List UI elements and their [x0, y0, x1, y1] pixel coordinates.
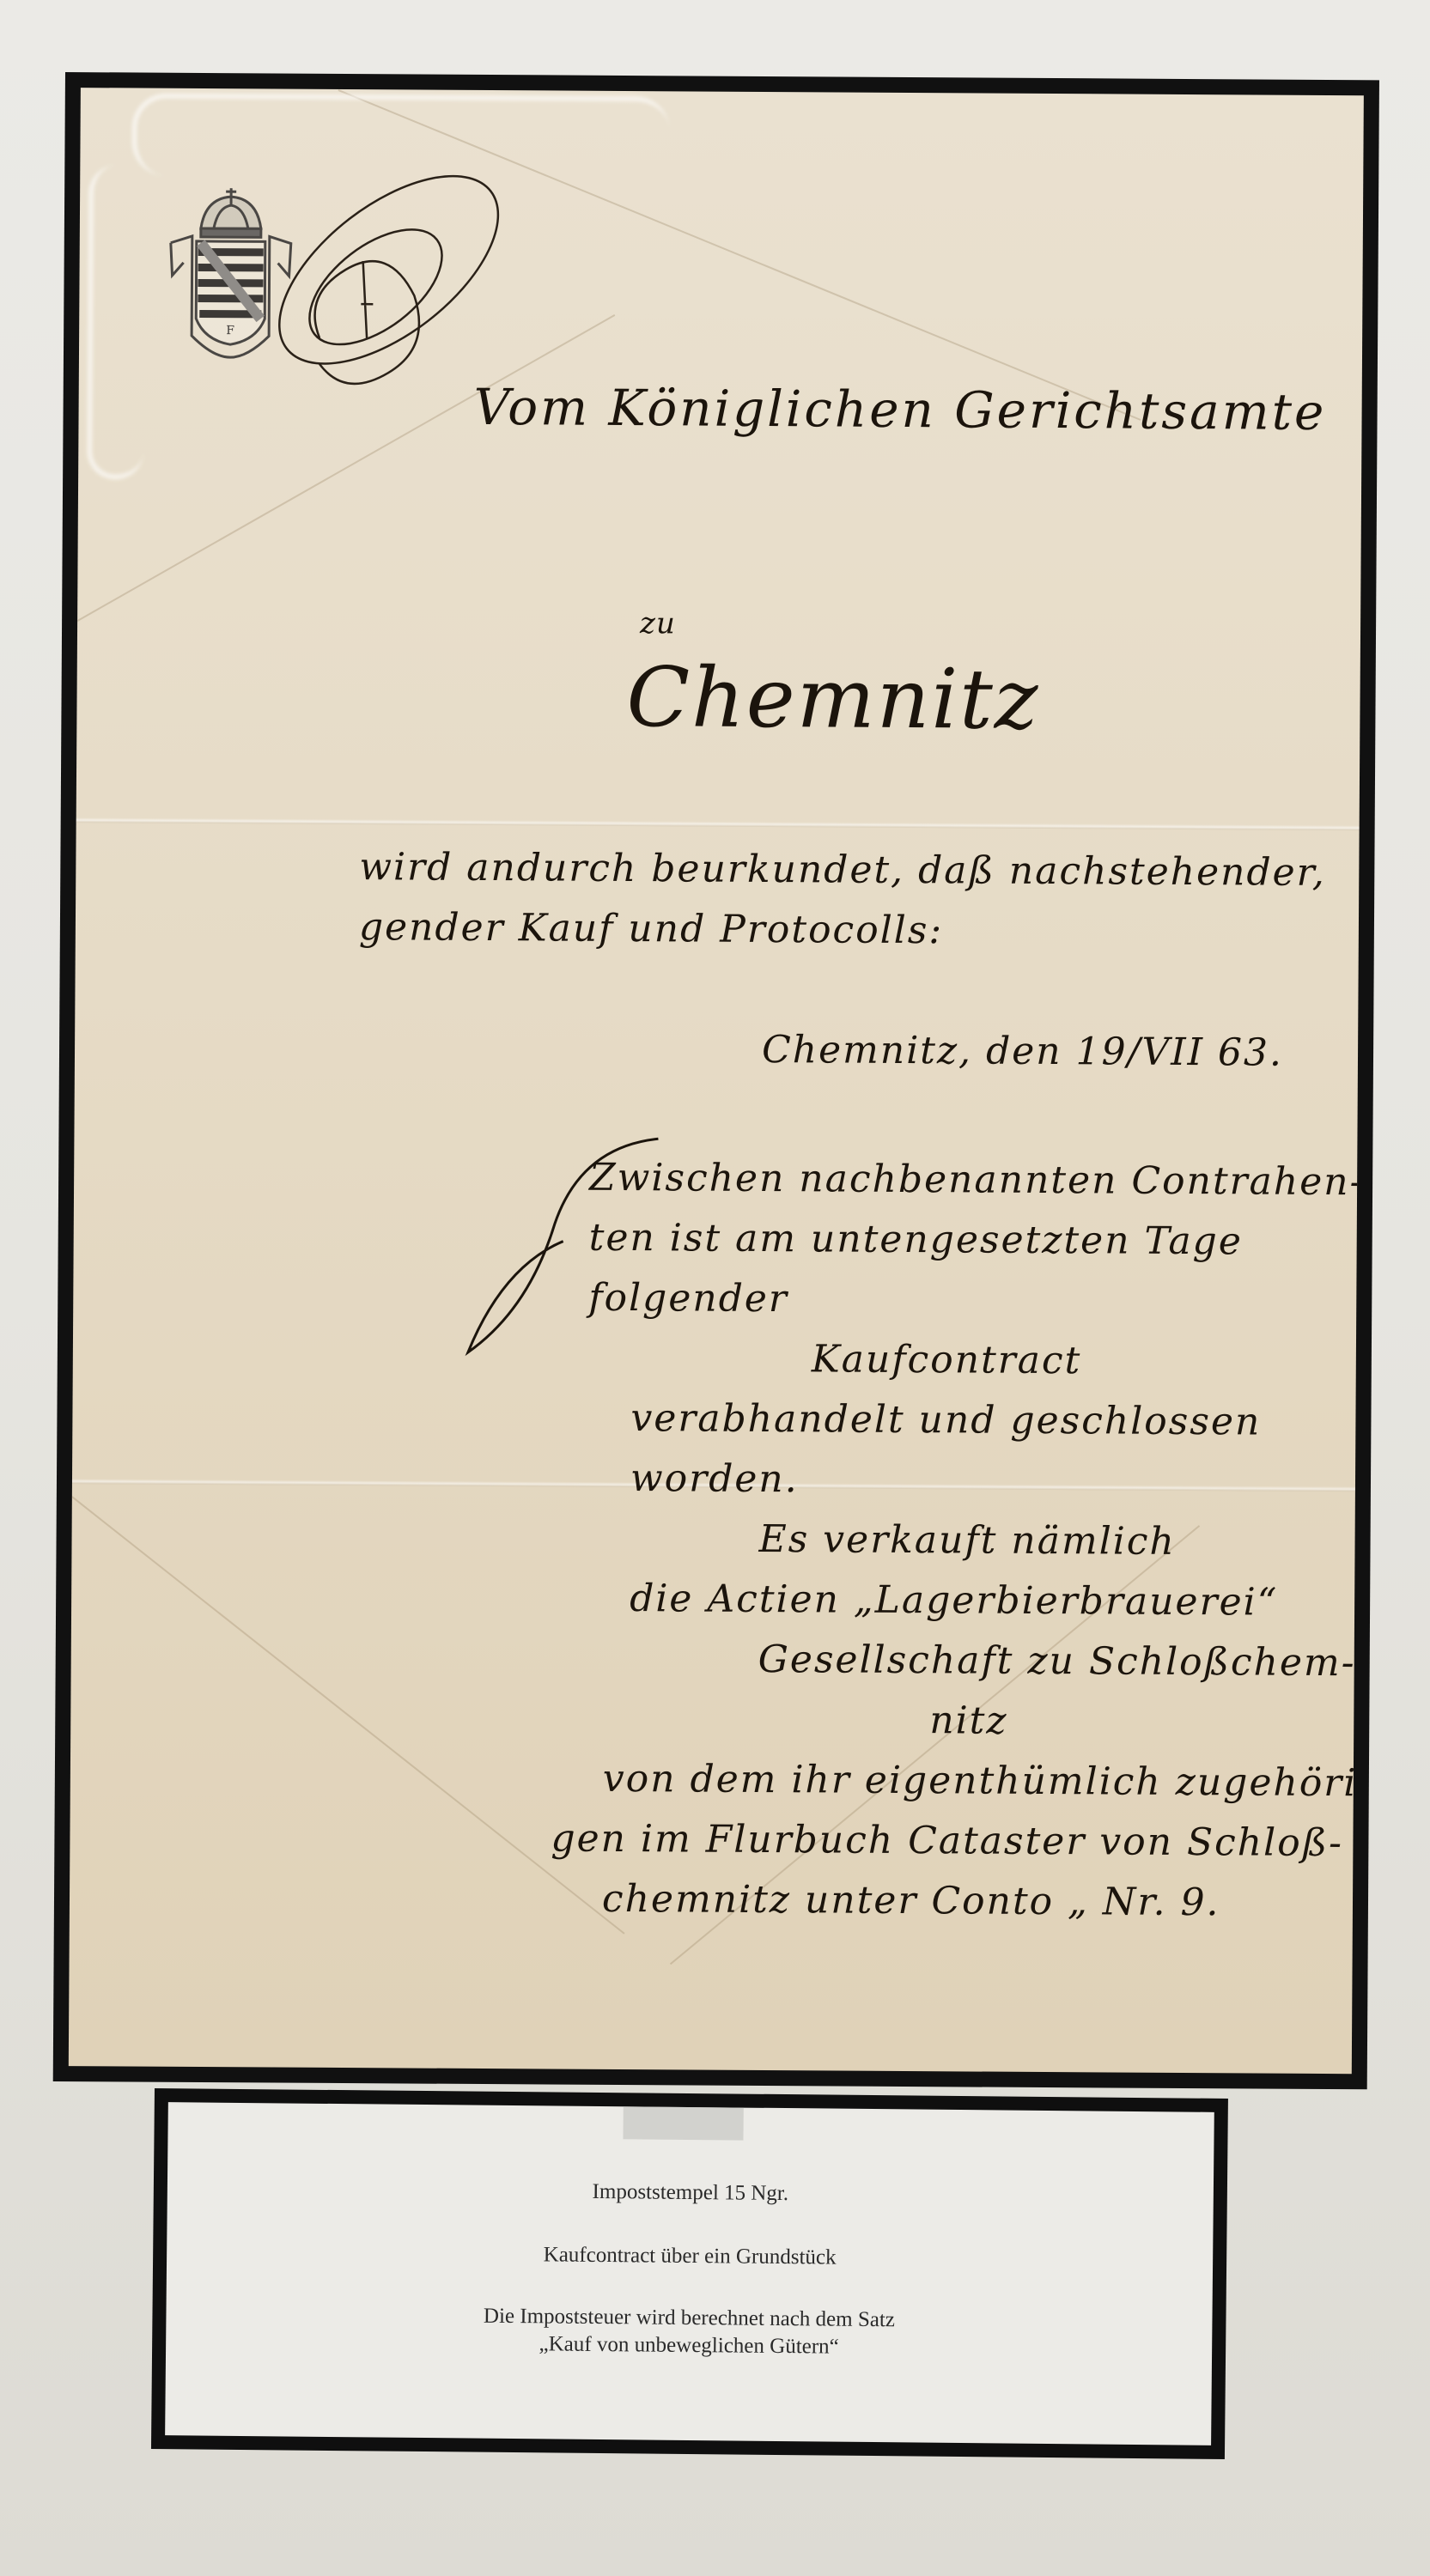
- body-line: chemnitz unter Conto „ Nr. 9.: [602, 1877, 1220, 1924]
- caption-label-frame: Impoststempel 15 Ngr. Kaufcontract über …: [151, 2088, 1228, 2459]
- glass-glare: [131, 93, 670, 179]
- adhesive-tape: [623, 2106, 743, 2140]
- body-line: nitz: [929, 1698, 1008, 1743]
- glass-glare: [87, 165, 145, 479]
- heading-city: Chemnitz: [626, 649, 1039, 748]
- document-heading: Vom Königlichen Gerichtsamte: [473, 378, 1326, 441]
- body-line: worden.: [630, 1456, 799, 1501]
- caption-subtitle: Kaufcontract über ein Grundstück: [167, 2239, 1213, 2274]
- body-line: wird andurch beurkundet, daß nachstehend…: [359, 845, 1326, 895]
- body-line: ten ist am untengesetzten Tage: [589, 1216, 1243, 1264]
- body-line-title: Kaufcontract: [812, 1337, 1082, 1382]
- body-line-date: Chemnitz, den 19/VII 63.: [762, 1028, 1283, 1075]
- body-line: Zwischen nachbenannten Contrahen-: [589, 1156, 1364, 1205]
- caption-note: „Kauf von unbeweglichen Gütern“: [166, 2329, 1212, 2363]
- body-line: die Actien „Lagerbierbrauerei“: [630, 1577, 1278, 1625]
- body-line: Es verkauft nämlich: [758, 1517, 1176, 1564]
- body-line: von dem ihr eigenthümlich zugehöri-: [603, 1757, 1364, 1805]
- fold-line: [71, 1496, 624, 1934]
- body-line: verabhandelt und geschlossen: [630, 1396, 1261, 1443]
- heading-preposition: zu: [640, 606, 676, 641]
- horizontal-crease: [76, 817, 1360, 830]
- caption-label: Impoststempel 15 Ngr. Kaufcontract über …: [165, 2102, 1214, 2445]
- caption-title: Impoststempel 15 Ngr.: [167, 2176, 1214, 2210]
- body-line: gen im Flurbuch Cataster von Schloß-: [551, 1816, 1343, 1865]
- body-line: gender Kauf und Protocolls:: [359, 905, 944, 952]
- body-line: Gesellschaft zu Schloßchem-: [758, 1637, 1356, 1685]
- document-frame: F Vom Königlichen Gerichtsamte zu Chemni…: [53, 72, 1379, 2089]
- historic-document: F Vom Königlichen Gerichtsamte zu Chemni…: [69, 88, 1364, 2074]
- body-line: folgender: [588, 1276, 788, 1321]
